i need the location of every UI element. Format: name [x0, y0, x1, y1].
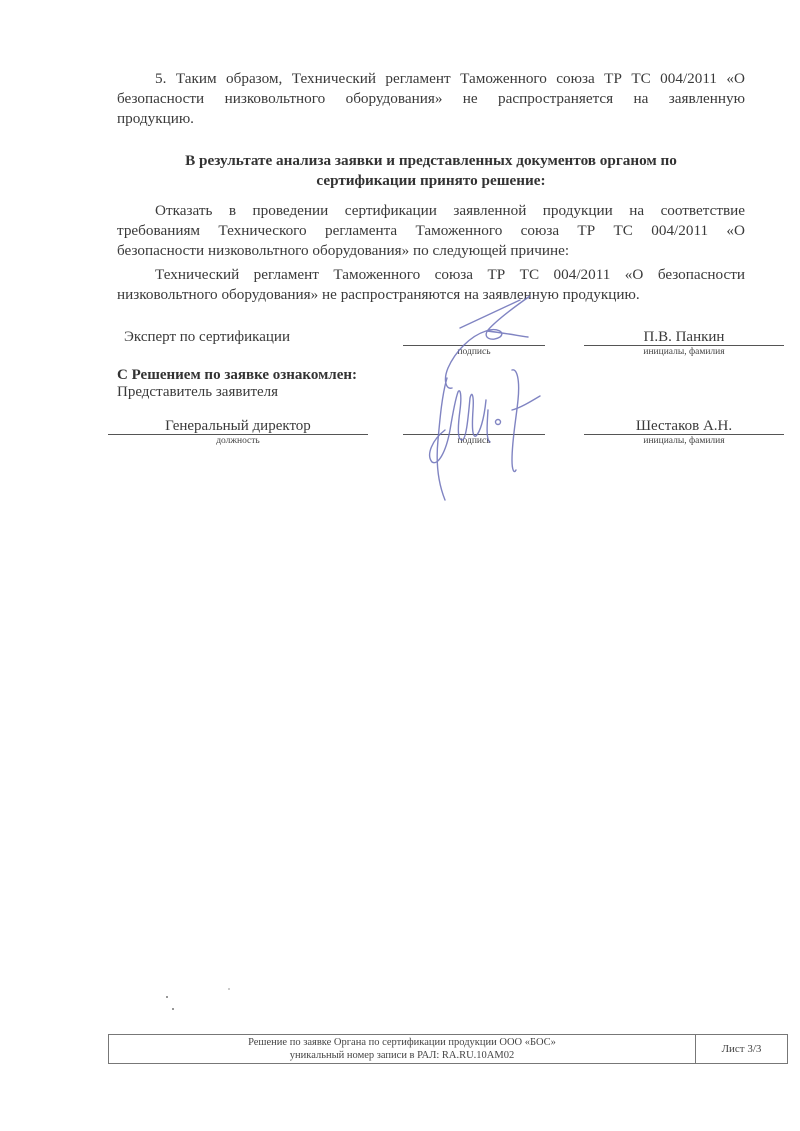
paragraph-5-line-3: продукцию.	[117, 109, 745, 129]
applicant-signature-line	[403, 434, 545, 435]
decision-text: Отказать в проведении сертификации заявл…	[117, 201, 745, 261]
reason-text: Технический регламент Таможенного союза …	[117, 265, 745, 305]
decision-text-line-1: Отказать в проведении сертификации заявл…	[117, 201, 745, 221]
expert-role: Эксперт по сертификации	[124, 329, 290, 346]
applicant-name-line	[584, 434, 784, 435]
expert-name-caption: инициалы, фамилия	[584, 347, 784, 357]
scan-speck	[228, 988, 230, 990]
acknowledgement-heading: С Решением по заявке ознакомлен:	[117, 367, 357, 384]
expert-signature-line	[403, 345, 545, 346]
expert-name-line	[584, 345, 784, 346]
paragraph-5: 5. Таким образом, Технический регламент …	[117, 69, 745, 129]
scan-speck	[172, 1008, 174, 1010]
applicant-position: Генеральный директор	[108, 418, 368, 435]
applicant-signature-caption: подпись	[403, 436, 545, 446]
expert-name: П.В. Панкин	[584, 329, 784, 346]
decision-heading-line-1: В результате анализа заявки и представле…	[117, 151, 745, 171]
footer-box: Решение по заявке Органа по сертификации…	[108, 1034, 788, 1064]
footer-line-2: уникальный номер записи в РАЛ: RA.RU.10A…	[109, 1049, 695, 1062]
applicant-position-line	[108, 434, 368, 435]
applicant-position-caption: должность	[108, 436, 368, 446]
paragraph-5-line-2: безопасности низковольтного оборудования…	[117, 89, 745, 109]
reason-text-line-1: Технический регламент Таможенного союза …	[117, 265, 745, 285]
decision-text-line-2: требованиям Технического регламента Тамо…	[117, 221, 745, 241]
paragraph-5-line-1: 5. Таким образом, Технический регламент …	[117, 69, 745, 89]
reason-text-line-2: низковольтного оборудования» не распрост…	[117, 285, 745, 305]
footer-document-info: Решение по заявке Органа по сертификации…	[109, 1035, 696, 1063]
applicant-representative-label: Представитель заявителя	[117, 384, 278, 401]
expert-signature-caption: подпись	[403, 347, 545, 357]
scan-speck	[166, 996, 168, 998]
applicant-name: Шестаков А.Н.	[584, 418, 784, 435]
footer-line-1: Решение по заявке Органа по сертификации…	[109, 1036, 695, 1049]
decision-heading: В результате анализа заявки и представле…	[117, 151, 745, 191]
decision-heading-line-2: сертификации принято решение:	[117, 171, 745, 191]
decision-text-line-3: безопасности низковольтного оборудования…	[117, 241, 745, 261]
footer-sheet-number: Лист 3/3	[696, 1035, 787, 1063]
applicant-name-caption: инициалы, фамилия	[584, 436, 784, 446]
